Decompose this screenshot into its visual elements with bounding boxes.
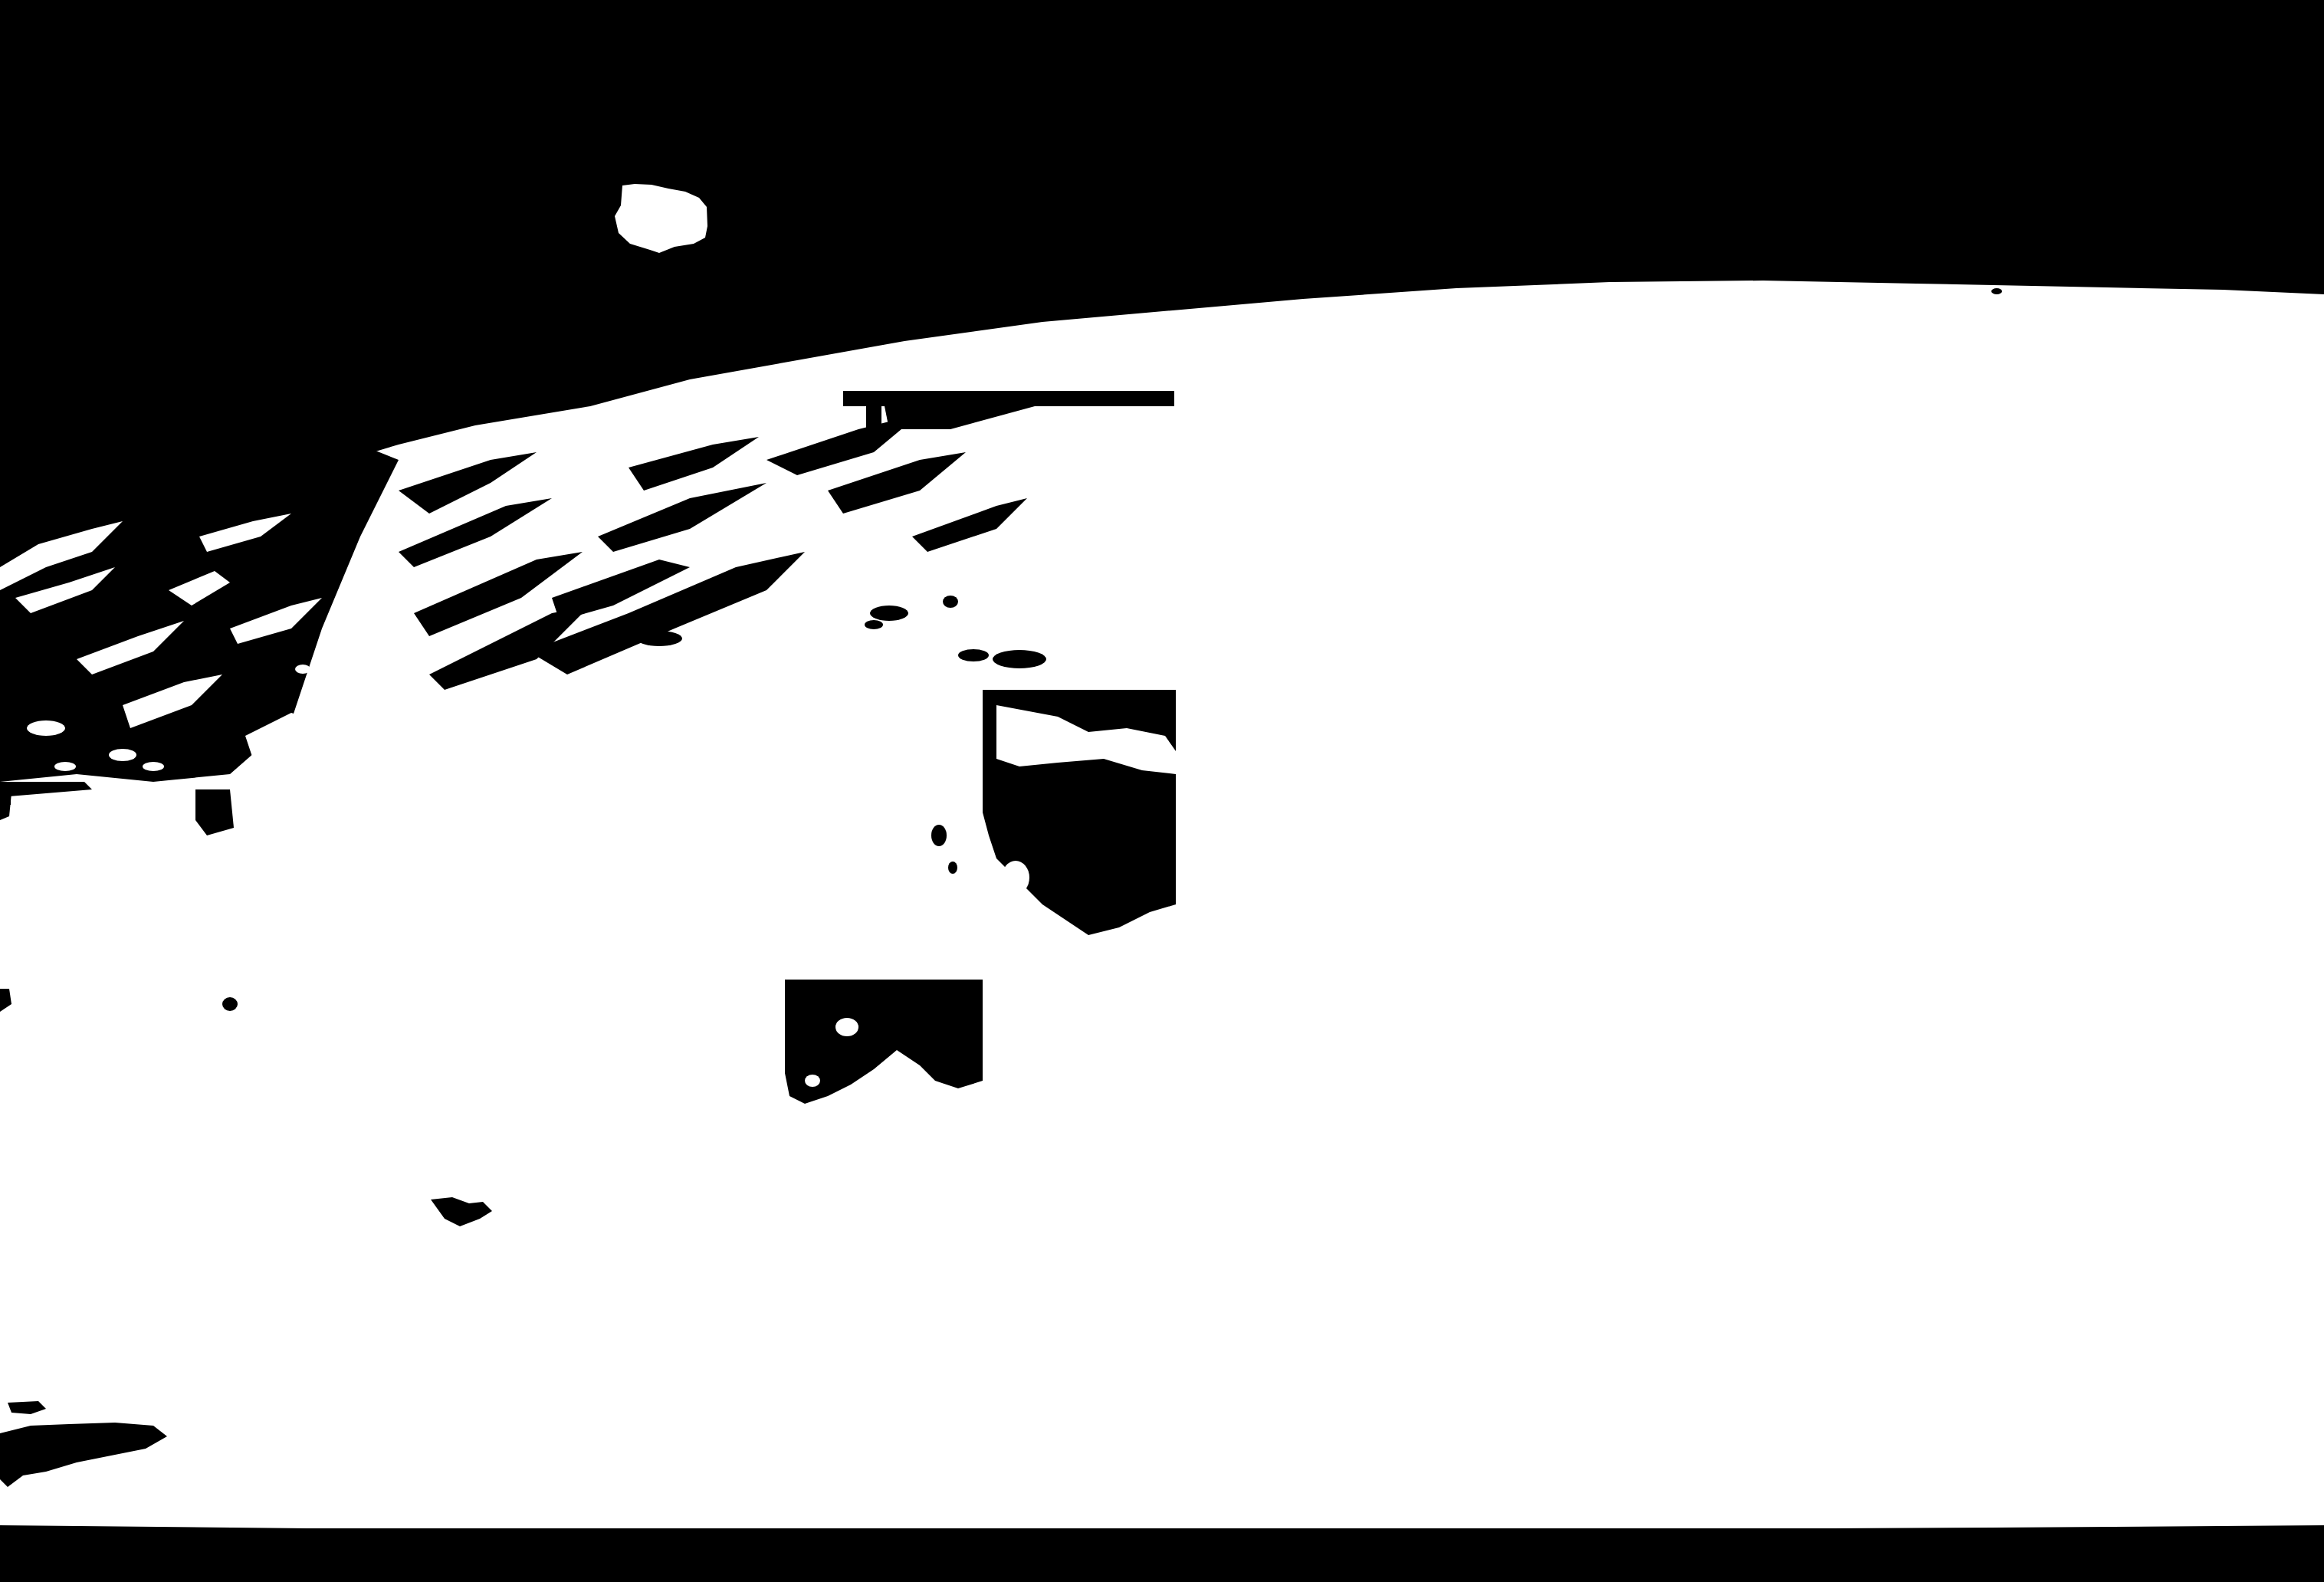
bottom-band <box>0 1528 2324 1582</box>
photo-scene: Earthrise over lunar horizon (high-contr… <box>0 0 2324 1582</box>
photo-canvas <box>0 0 2324 1582</box>
